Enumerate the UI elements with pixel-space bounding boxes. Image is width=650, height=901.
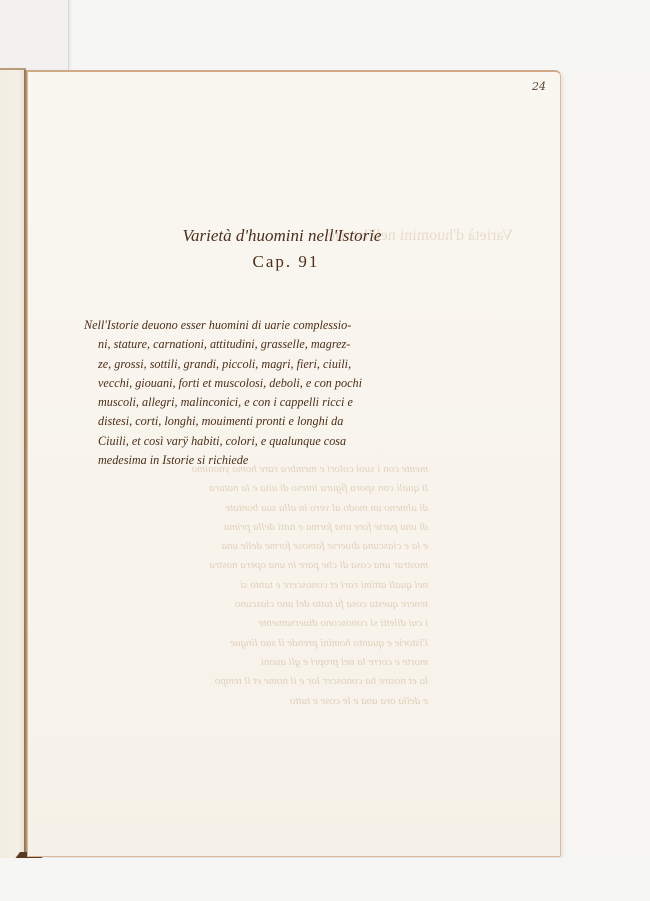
- bleed-line: mente con i suoi colori e membra rare ho…: [98, 460, 428, 479]
- folio-number: 24: [532, 80, 546, 93]
- bleed-line: tenere questa cosa fu tutto del uno cias…: [98, 595, 428, 614]
- bleed-line: l'istorie e quanto homini prende il suo …: [98, 634, 428, 653]
- bleed-line: e la e ciascuna diuerse famose forme del…: [98, 537, 428, 556]
- bleed-through-text: mente con i suoi colori e membra rare ho…: [98, 460, 428, 711]
- left-page-edge: [0, 68, 26, 860]
- bleed-line: i cui diletti si conoscono diuersamente: [98, 614, 428, 633]
- flyleaf-corner: [0, 0, 69, 70]
- text-line: distesi, corti, longhi, mouimenti pronti…: [84, 412, 420, 431]
- text-line: ze, grossi, sottili, grandi, piccoli, ma…: [84, 355, 420, 374]
- bleed-line: e della ora una e le cose e tutto: [98, 692, 428, 711]
- chapter-number: Cap. 91: [20, 252, 552, 272]
- manuscript-page: 24 Varietà d'huomini nell'Istorie Variet…: [27, 70, 561, 857]
- text-line: ni, stature, carnationi, attitudini, gra…: [84, 335, 420, 354]
- bleed-line: morte e corre la nei propri e gli auoni: [98, 653, 428, 672]
- text-line: Ciuili, et così varÿ habiti, colori, e q…: [84, 432, 420, 451]
- manuscript-body: Nell'Istorie deuono esser huomini di uar…: [84, 316, 420, 470]
- background-top: [0, 0, 650, 72]
- background-bottom: [0, 858, 650, 901]
- bleed-line: la et nostre ha conoscer lor e il nome e…: [98, 672, 428, 691]
- bleed-line: li quali con spora figura inteso di uita…: [98, 479, 428, 498]
- bleed-line: di almeno un modo al vero in alla sua bo…: [98, 499, 428, 518]
- bleed-line: mostrar una cosa di che pare in una oper…: [98, 556, 428, 575]
- bleed-line: di una parte fore una forma e tutti dell…: [98, 518, 428, 537]
- text-line: Nell'Istorie deuono esser huomini di uar…: [84, 316, 420, 335]
- bleed-line: nei quali attimi rari et conoscere e tan…: [98, 576, 428, 595]
- text-line: vecchi, giouani, forti et muscolosi, deb…: [84, 374, 420, 393]
- chapter-title: Varietà d'huomini nell'Istorie: [16, 226, 548, 246]
- text-line: muscoli, allegri, malinconici, e con i c…: [84, 393, 420, 412]
